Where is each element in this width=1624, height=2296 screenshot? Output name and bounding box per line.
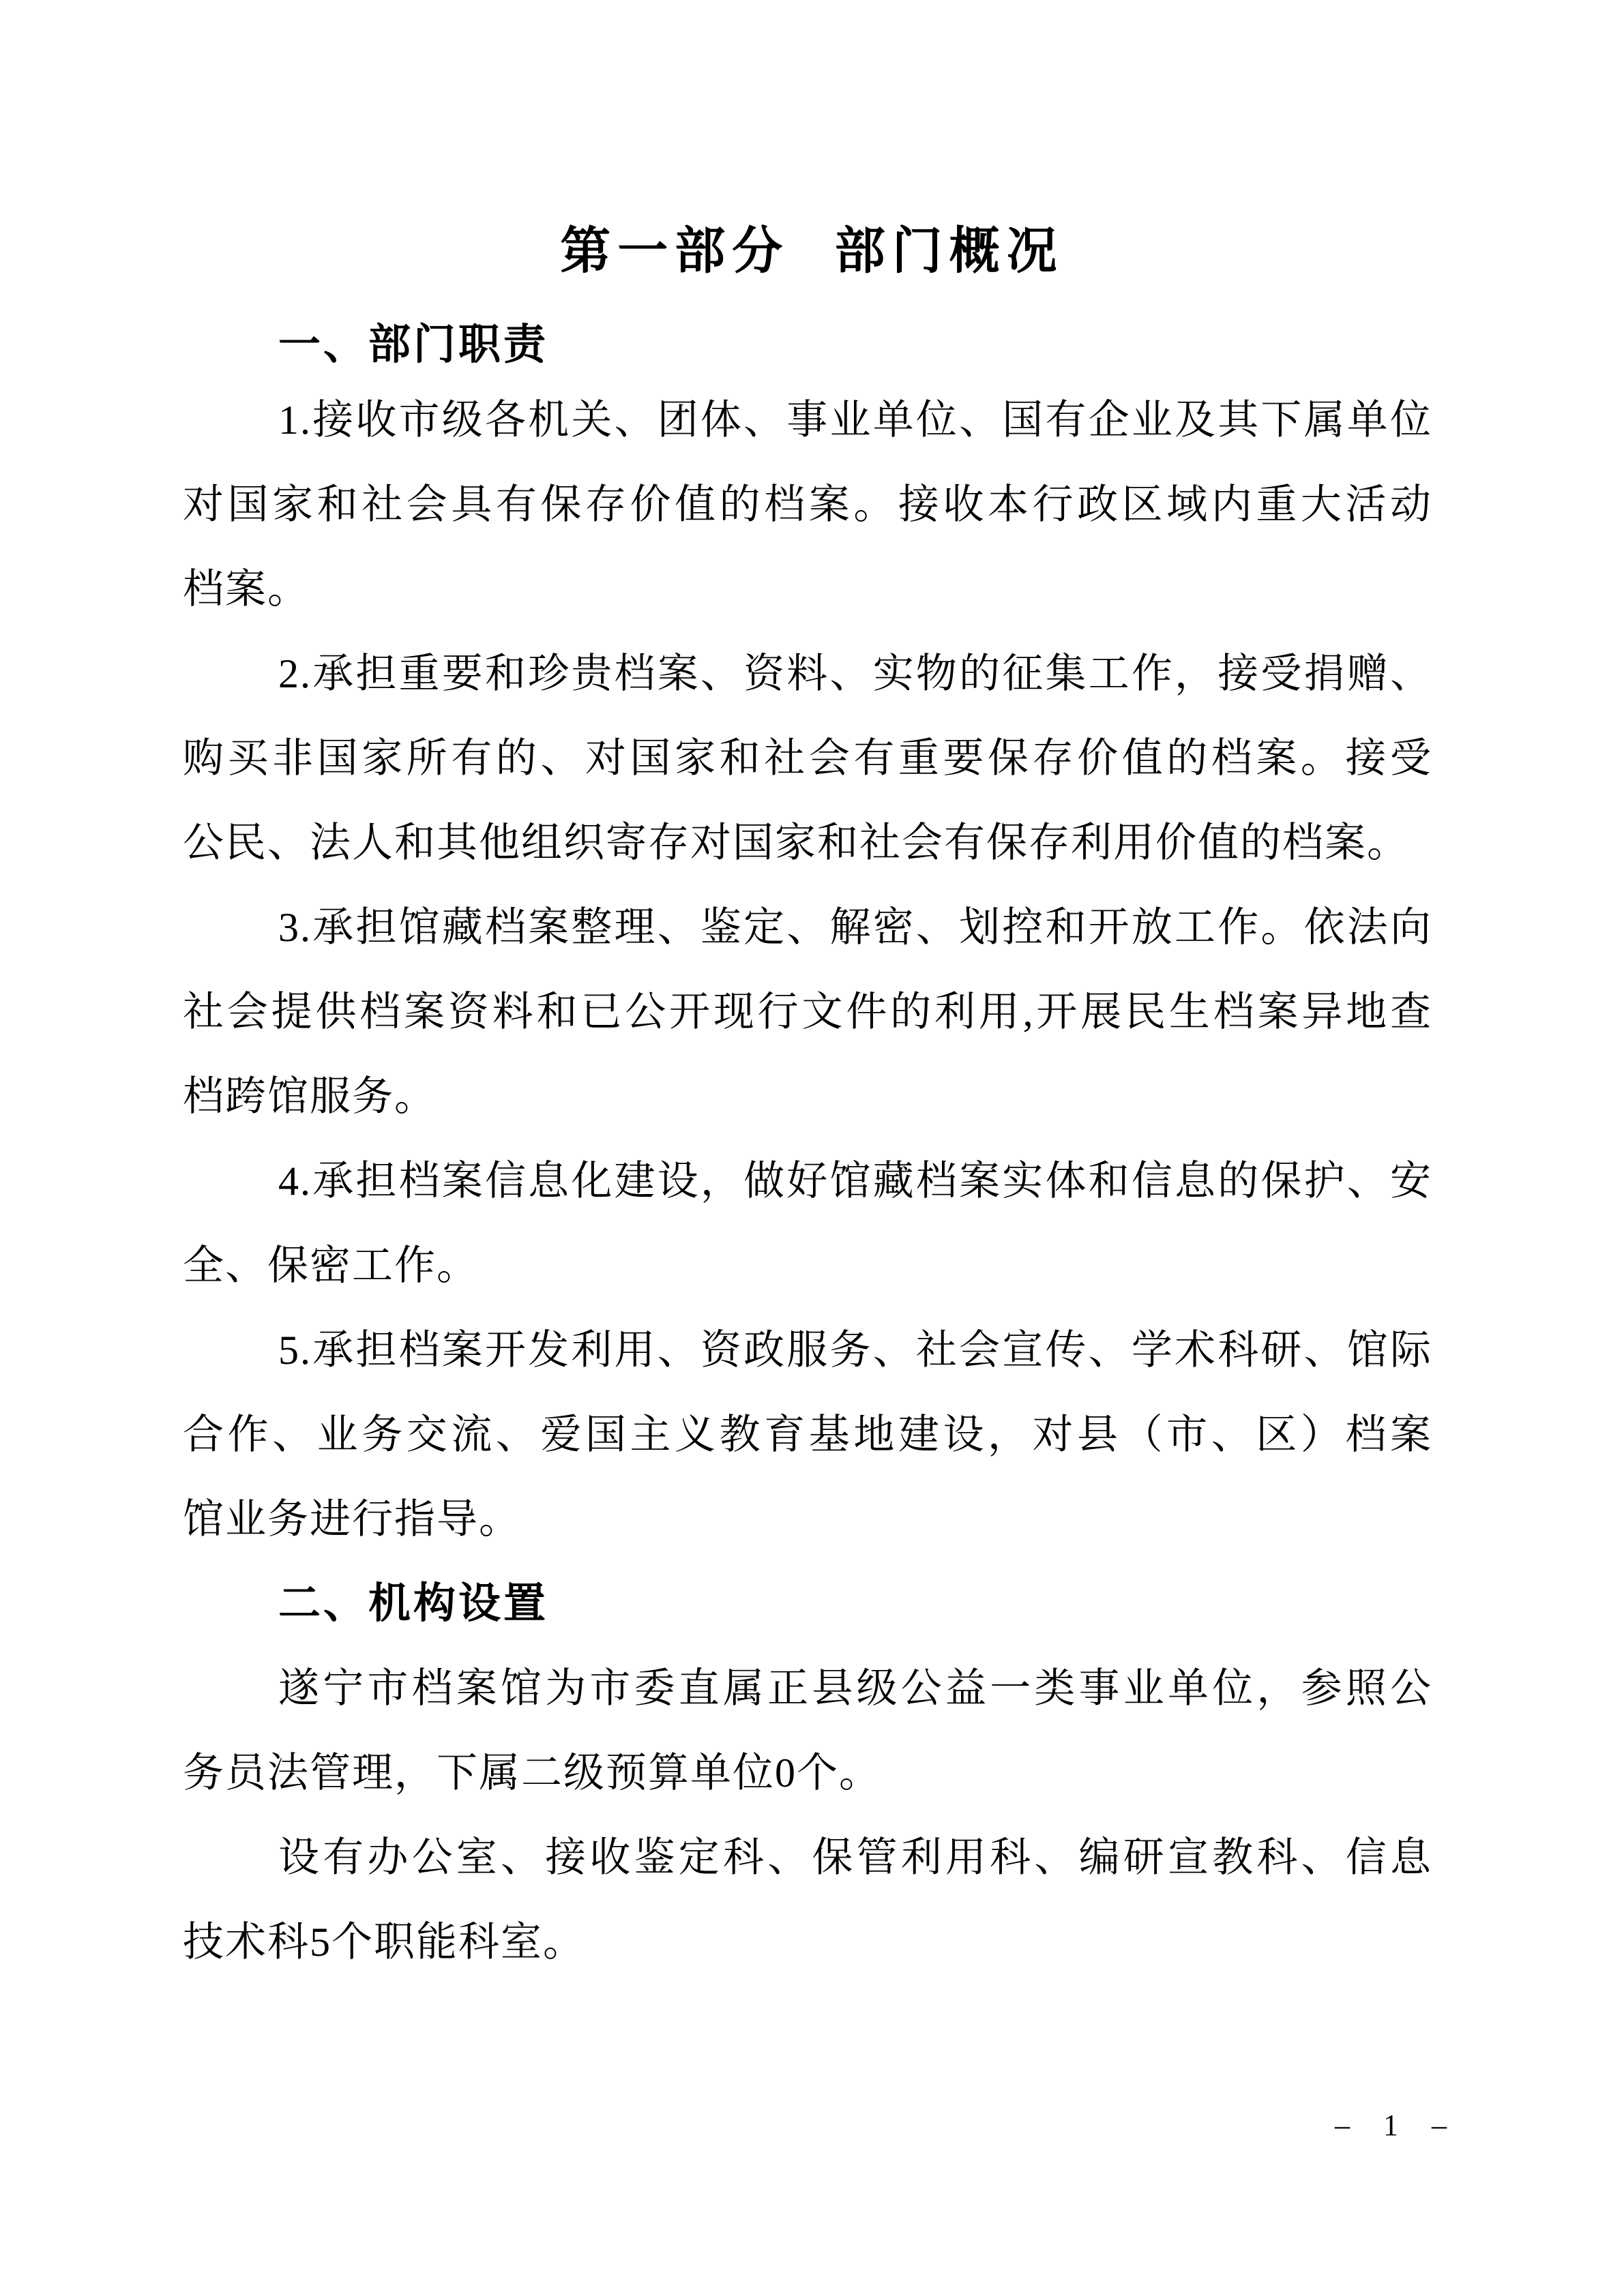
paragraph-line: 4.承担档案信息化建设，做好馆藏档案实体和信息的保护、安 bbox=[183, 1139, 1432, 1223]
paragraph-line: 3.承担馆藏档案整理、鉴定、解密、划控和开放工作。依法向 bbox=[183, 885, 1432, 970]
paragraph-line: 1.接收市级各机关、团体、事业单位、国有企业及其下属单位 bbox=[183, 378, 1432, 462]
paragraph-line: 全、保密工作。 bbox=[183, 1223, 1432, 1308]
paragraph-line: 务员法管理，下属二级预算单位0个。 bbox=[183, 1731, 1432, 1815]
document-page: 第一部分 部门概况 一、部门职责 1.接收市级各机关、团体、事业单位、国有企业及… bbox=[0, 0, 1624, 2296]
paragraph-line: 合作、业务交流、爱国主义教育基地建设，对县（市、区）档案 bbox=[183, 1392, 1432, 1477]
paragraph-line: 档跨馆服务。 bbox=[183, 1054, 1432, 1139]
paragraph-line: 购买非国家所有的、对国家和社会有重要保存价值的档案。接受 bbox=[183, 716, 1432, 801]
document-title: 第一部分 部门概况 bbox=[0, 209, 1624, 293]
paragraph-line: 5.承担档案开发利用、资政服务、社会宣传、学术科研、馆际 bbox=[183, 1308, 1432, 1392]
paragraph-line: 遂宁市档案馆为市委直属正县级公益一类事业单位，参照公 bbox=[183, 1646, 1432, 1731]
paragraph-line: 社会提供档案资料和已公开现行文件的利用,开展民生档案异地查 bbox=[183, 970, 1432, 1054]
section-heading-duties: 一、部门职责 bbox=[183, 303, 1432, 387]
paragraph-line: 公民、法人和其他组织寄存对国家和社会有保存利用价值的档案。 bbox=[183, 801, 1432, 885]
paragraph-line: 馆业务进行指导。 bbox=[183, 1477, 1432, 1562]
page-number: – 1 – bbox=[1335, 2102, 1456, 2149]
paragraph-line: 设有办公室、接收鉴定科、保管利用科、编研宣教科、信息 bbox=[183, 1815, 1432, 1900]
paragraph-line: 对国家和社会具有保存价值的档案。接收本行政区域内重大活动 bbox=[183, 462, 1432, 547]
paragraph-line: 档案。 bbox=[183, 547, 1432, 631]
document-body: 一、部门职责 1.接收市级各机关、团体、事业单位、国有企业及其下属单位 对国家和… bbox=[0, 293, 1432, 1984]
paragraph-line: 技术科5个职能科室。 bbox=[183, 1900, 1432, 1984]
section-heading-organization: 二、机构设置 bbox=[183, 1562, 1432, 1646]
paragraph-line: 2.承担重要和珍贵档案、资料、实物的征集工作，接受捐赠、 bbox=[183, 631, 1432, 716]
